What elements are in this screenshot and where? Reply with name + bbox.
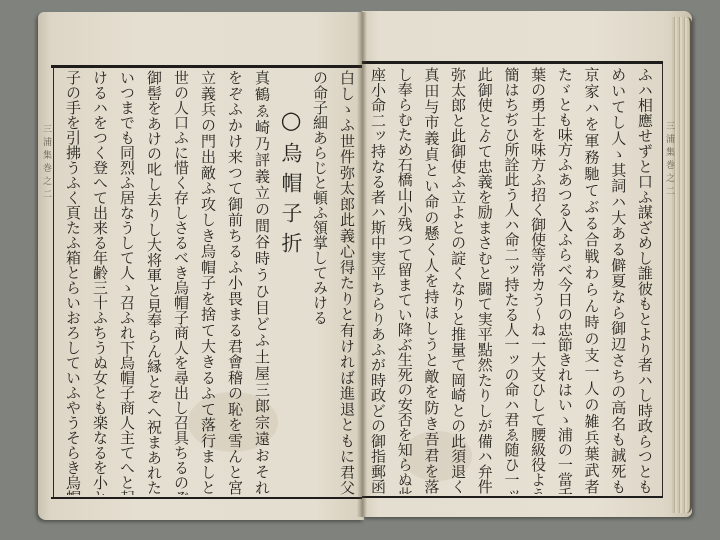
left-margin-title: 三浦集巻之二 — [40, 124, 52, 294]
right-margin-title: 三浦集巻之二 — [663, 121, 675, 301]
text-column: 子の手を引拂うふく頁たふ箱とらいおろしていふやうそらき烏帽子 — [60, 70, 86, 495]
book-spine-fold — [357, 12, 367, 517]
text-column: 真鶴ゑ崎乃評義立の間谷時うひ目どふ土屋三郎宗遠おそれ — [249, 70, 275, 495]
left-page: 三浦集巻之二 白しゝふ世件弥太郎此義心得たりと有ければ進退ともに君父 の命子細あ… — [38, 12, 364, 520]
text-column: 弥太郎と此御使ふ立よとの諚くなりと推量て岡崎との此須退く — [445, 67, 471, 494]
text-column: 世の人口ふに惜く存しさるべき烏帽子商人を尋出し召具ちるのぞ — [168, 70, 194, 495]
text-column: 立義兵の門出敵ふ攻しき烏帽子を捨て大きるふて落行ましと — [195, 70, 221, 495]
text-column: ふハ相應せずと口ふ謀ざめし誰彼もとより者ハし時政らつとも — [632, 67, 658, 494]
left-text-columns: 白しゝふ世件弥太郎此義心得たりと有ければ進退ともに君父 の命子細あらじと頓ふ領掌… — [60, 70, 360, 495]
frame-bottom-rule — [362, 496, 663, 498]
frame-right-rule — [662, 64, 663, 498]
text-column: をぞふかけ来つて御前ちるふ小畏まる君會稽の恥を雪んと宮 — [222, 70, 248, 495]
text-column: 御髻をあけの叱し去りし大将軍と見奉らん縁とぞへ祝まあれた — [141, 70, 167, 495]
frame-left-rule — [53, 68, 54, 498]
right-page: 三浦集巻之二 ふハ相應せずと口ふ謀ざめし誰彼もとより者ハし時政らつとも めいてし… — [362, 11, 692, 517]
text-column: 此御使とゟて忠義を励まさむと闘て実平點然たりしが備ハ弁件 — [472, 67, 498, 494]
section-heading-title: 烏帽子折 — [279, 142, 303, 262]
text-column: たゞとも味方ふあつる入ふらべ今日の忠節きれはいゝ浦の一當千 — [552, 67, 578, 494]
text-column: 真田与市義貞とい命の懸く人を持ほしうと敵を防き吾君を落 — [418, 67, 444, 494]
text-column: いつまでも同烈ふ居なうして人ゝ召ふれ下烏帽子商人主てへと起さ — [114, 70, 140, 495]
text-column: 京家ハを軍務馳てぶる合戦わらん時の支一人の雑兵葉武者 — [579, 67, 605, 494]
frame-top-rule — [362, 61, 663, 64]
section-heading: ○烏帽子折 — [276, 70, 306, 495]
frame-top-rule — [51, 65, 364, 68]
frame-bottom-rule — [51, 497, 364, 499]
text-column: 簡はちぢひ所詮此う人ハ命二ッ持たる人一ッの命ハ君ゑ随ひ一ッの命を — [498, 67, 524, 494]
text-column: けるハをつく登へて出来る年齢三十ふちうぬ女とも楽なるを小とう — [87, 70, 113, 495]
text-column: 座小命二ッ持なる者ハ斯中実平ちらりあふが時政どの御指郵函 — [365, 67, 391, 494]
page-edges — [672, 17, 692, 513]
text-column: の命子細あらじと頓ふ領掌してみける — [307, 70, 333, 495]
right-text-columns: ふハ相應せずと口ふ謀ざめし誰彼もとより者ハし時政らつとも めいてし人ゝ其詞ハ大あ… — [365, 67, 658, 494]
circle-mark-icon: ○ — [276, 106, 306, 134]
text-column: 葉の勇士を味方ふ招く御使等常カう〜ね一大支ひして腰級役ようう — [525, 67, 551, 494]
text-column: し奉らむため石橋山小残つて留まてい降ぶ生死の安否を知らぬ此 — [392, 67, 418, 494]
text-column: めいてし人ゝ其詞ハ大ある僻夏なら御辺さちの高名も誠死も — [605, 67, 631, 494]
